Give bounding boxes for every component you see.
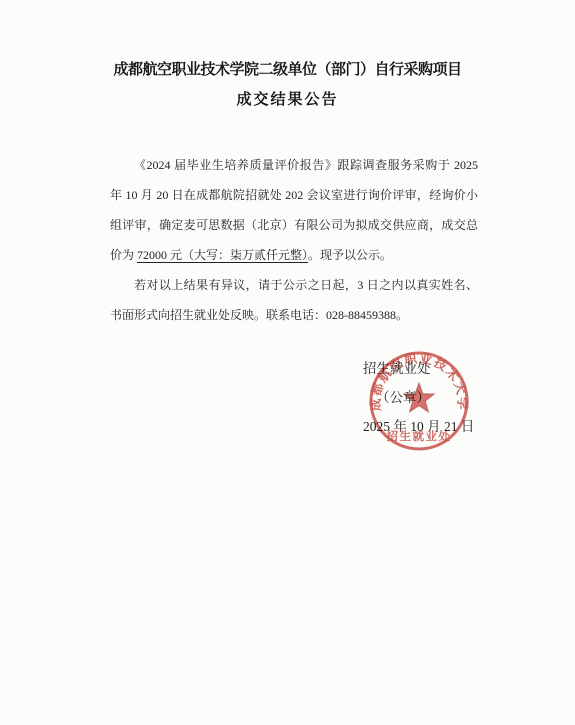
document-title: 成都航空职业技术学院二级单位（部门）自行采购项目 成交结果公告 <box>0 55 575 115</box>
signature-department: 招生就业处 <box>363 354 474 383</box>
paragraph1-line2: 年 10 月 20 日在成都航院招就处 202 会议室进行询价评审，经询价小 <box>110 180 478 210</box>
paragraph2-line2: 书面形式向招生就业处反映。联系电话：028-88459388。 <box>110 300 478 330</box>
paragraph2-line1: 若对以上结果有异议，请于公示之日起，3 日之内以真实姓名、 <box>110 270 478 300</box>
signature-block: 招生就业处 （公章） 2025 年 10 月 21 日 <box>363 354 474 441</box>
paragraph1-line3: 组评审，确定麦可思数据（北京）有限公司为拟成交供应商，成交总 <box>110 210 478 240</box>
price-amount-underlined: 72000 元（大写：柒万贰仟元整） <box>137 248 308 262</box>
title-line-1: 成都航空职业技术学院二级单位（部门）自行采购项目 <box>0 55 575 85</box>
signature-seal-note: （公章） <box>363 383 474 412</box>
document-body: 《2024 届毕业生培养质量评价报告》跟踪调查服务采购于 2025 年 10 月… <box>110 150 478 330</box>
paragraph1-line4: 价为 72000 元（大写：柒万贰仟元整）。现予以公示。 <box>110 240 478 270</box>
price-suffix: 。现予以公示。 <box>308 248 392 262</box>
price-prefix: 价为 <box>110 248 137 262</box>
document-page: 成都航空职业技术学院二级单位（部门）自行采购项目 成交结果公告 《2024 届毕… <box>0 0 575 725</box>
signature-date: 2025 年 10 月 21 日 <box>363 412 474 441</box>
paragraph1-line1: 《2024 届毕业生培养质量评价报告》跟踪调查服务采购于 2025 <box>110 150 478 180</box>
title-line-2: 成交结果公告 <box>0 85 575 115</box>
